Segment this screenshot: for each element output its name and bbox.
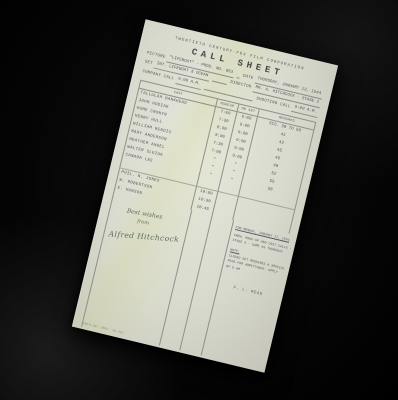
set-label: SET [144,61,153,69]
date-label: DATE [242,75,254,83]
photo-backdrop: TWENTIETH CENTURY-FOX FILM CORPORATION C… [0,0,398,400]
signed-by-typed: F. L. MEAD [221,283,275,302]
call-sheet-paper: TWENTIETH CENTURY-FOX FILM CORPORATION C… [72,19,338,372]
rule-fill [237,74,240,78]
rule-fill [212,78,228,85]
